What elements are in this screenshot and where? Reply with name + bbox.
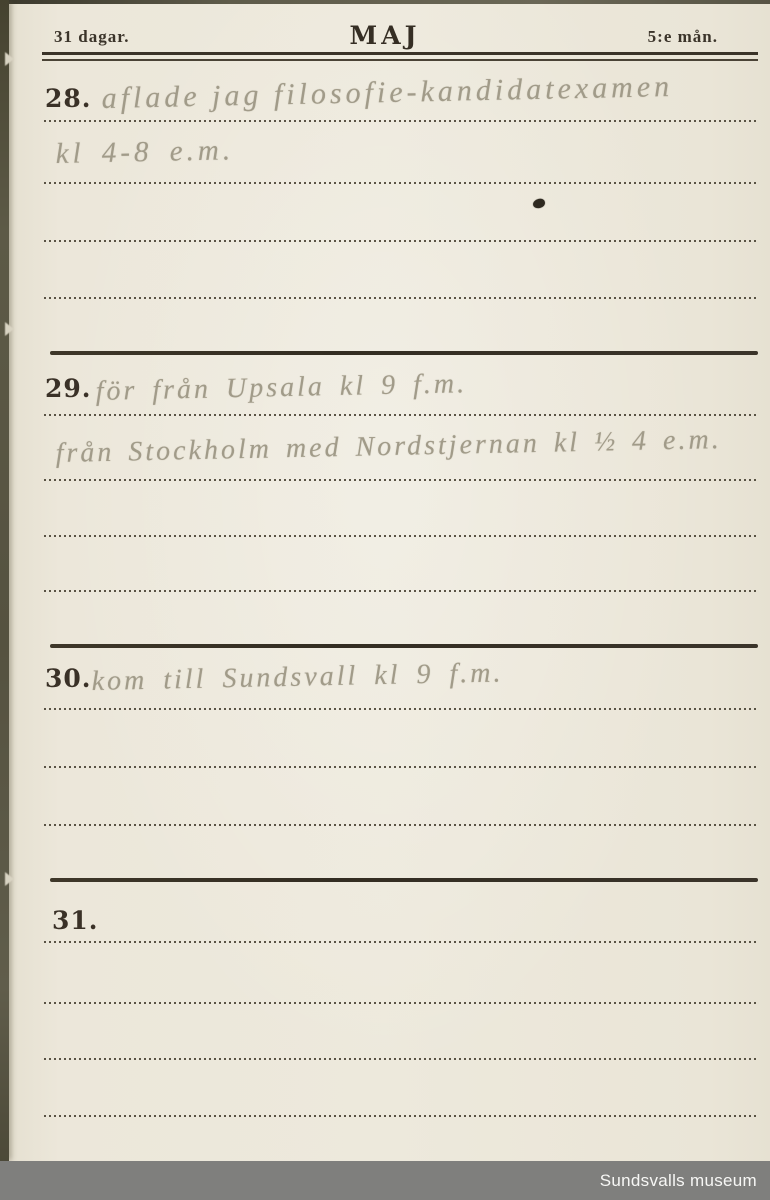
day-divider-rule [50,878,758,882]
ruled-dotted-line [44,182,758,184]
ruled-dotted-line [44,297,758,299]
ruled-dotted-line [44,240,758,242]
day-number: 31. [52,906,99,935]
ruled-dotted-line [44,1058,758,1060]
day-number: 28. [45,84,92,113]
ruled-dotted-line [44,479,758,481]
ruled-dotted-line [44,120,758,122]
ruled-dotted-line [44,766,758,768]
ruled-dotted-line [44,1115,758,1117]
binding-stitch-mark [5,52,14,66]
day-number: 30. [45,664,92,693]
ruled-dotted-line [44,941,758,943]
binding-stitch-mark [5,872,14,886]
ruled-dotted-line [44,708,758,710]
ruled-dotted-line [44,1002,758,1004]
binding-stitch-mark [5,322,14,336]
ruled-dotted-line [44,824,758,826]
binding-edge [0,0,9,1162]
day-divider-rule [50,644,758,648]
ruled-dotted-line [44,414,758,416]
footer-bar: Sundsvalls museum [0,1161,770,1200]
handwriting-line: kom till Sundsvall kl 9 f.m. [91,657,503,698]
handwriting-line: från Stockholm med Nordstjernan kl ½ 4 e… [55,424,722,470]
handwriting-line: kl 4-8 e.m. [55,134,234,171]
ink-blot [532,198,546,209]
header-double-rule [42,52,758,61]
day-divider-rule [50,351,758,355]
ruled-dotted-line [44,535,758,537]
diary-page-scan: 31 dagar. MAJ 5:e mån. 28. aflade jag fi… [0,0,770,1200]
handwriting-line: aflade jag filosofie-kandidatexamen [101,70,673,116]
museum-credit: Sundsvalls museum [600,1171,770,1191]
handwriting-line: för från Upsala kl 9 f.m. [95,368,467,408]
ruled-dotted-line [44,590,758,592]
day-number: 29. [45,374,92,403]
month-ordinal: 5:e mån. [648,27,718,47]
scan-edge-top [0,0,770,4]
